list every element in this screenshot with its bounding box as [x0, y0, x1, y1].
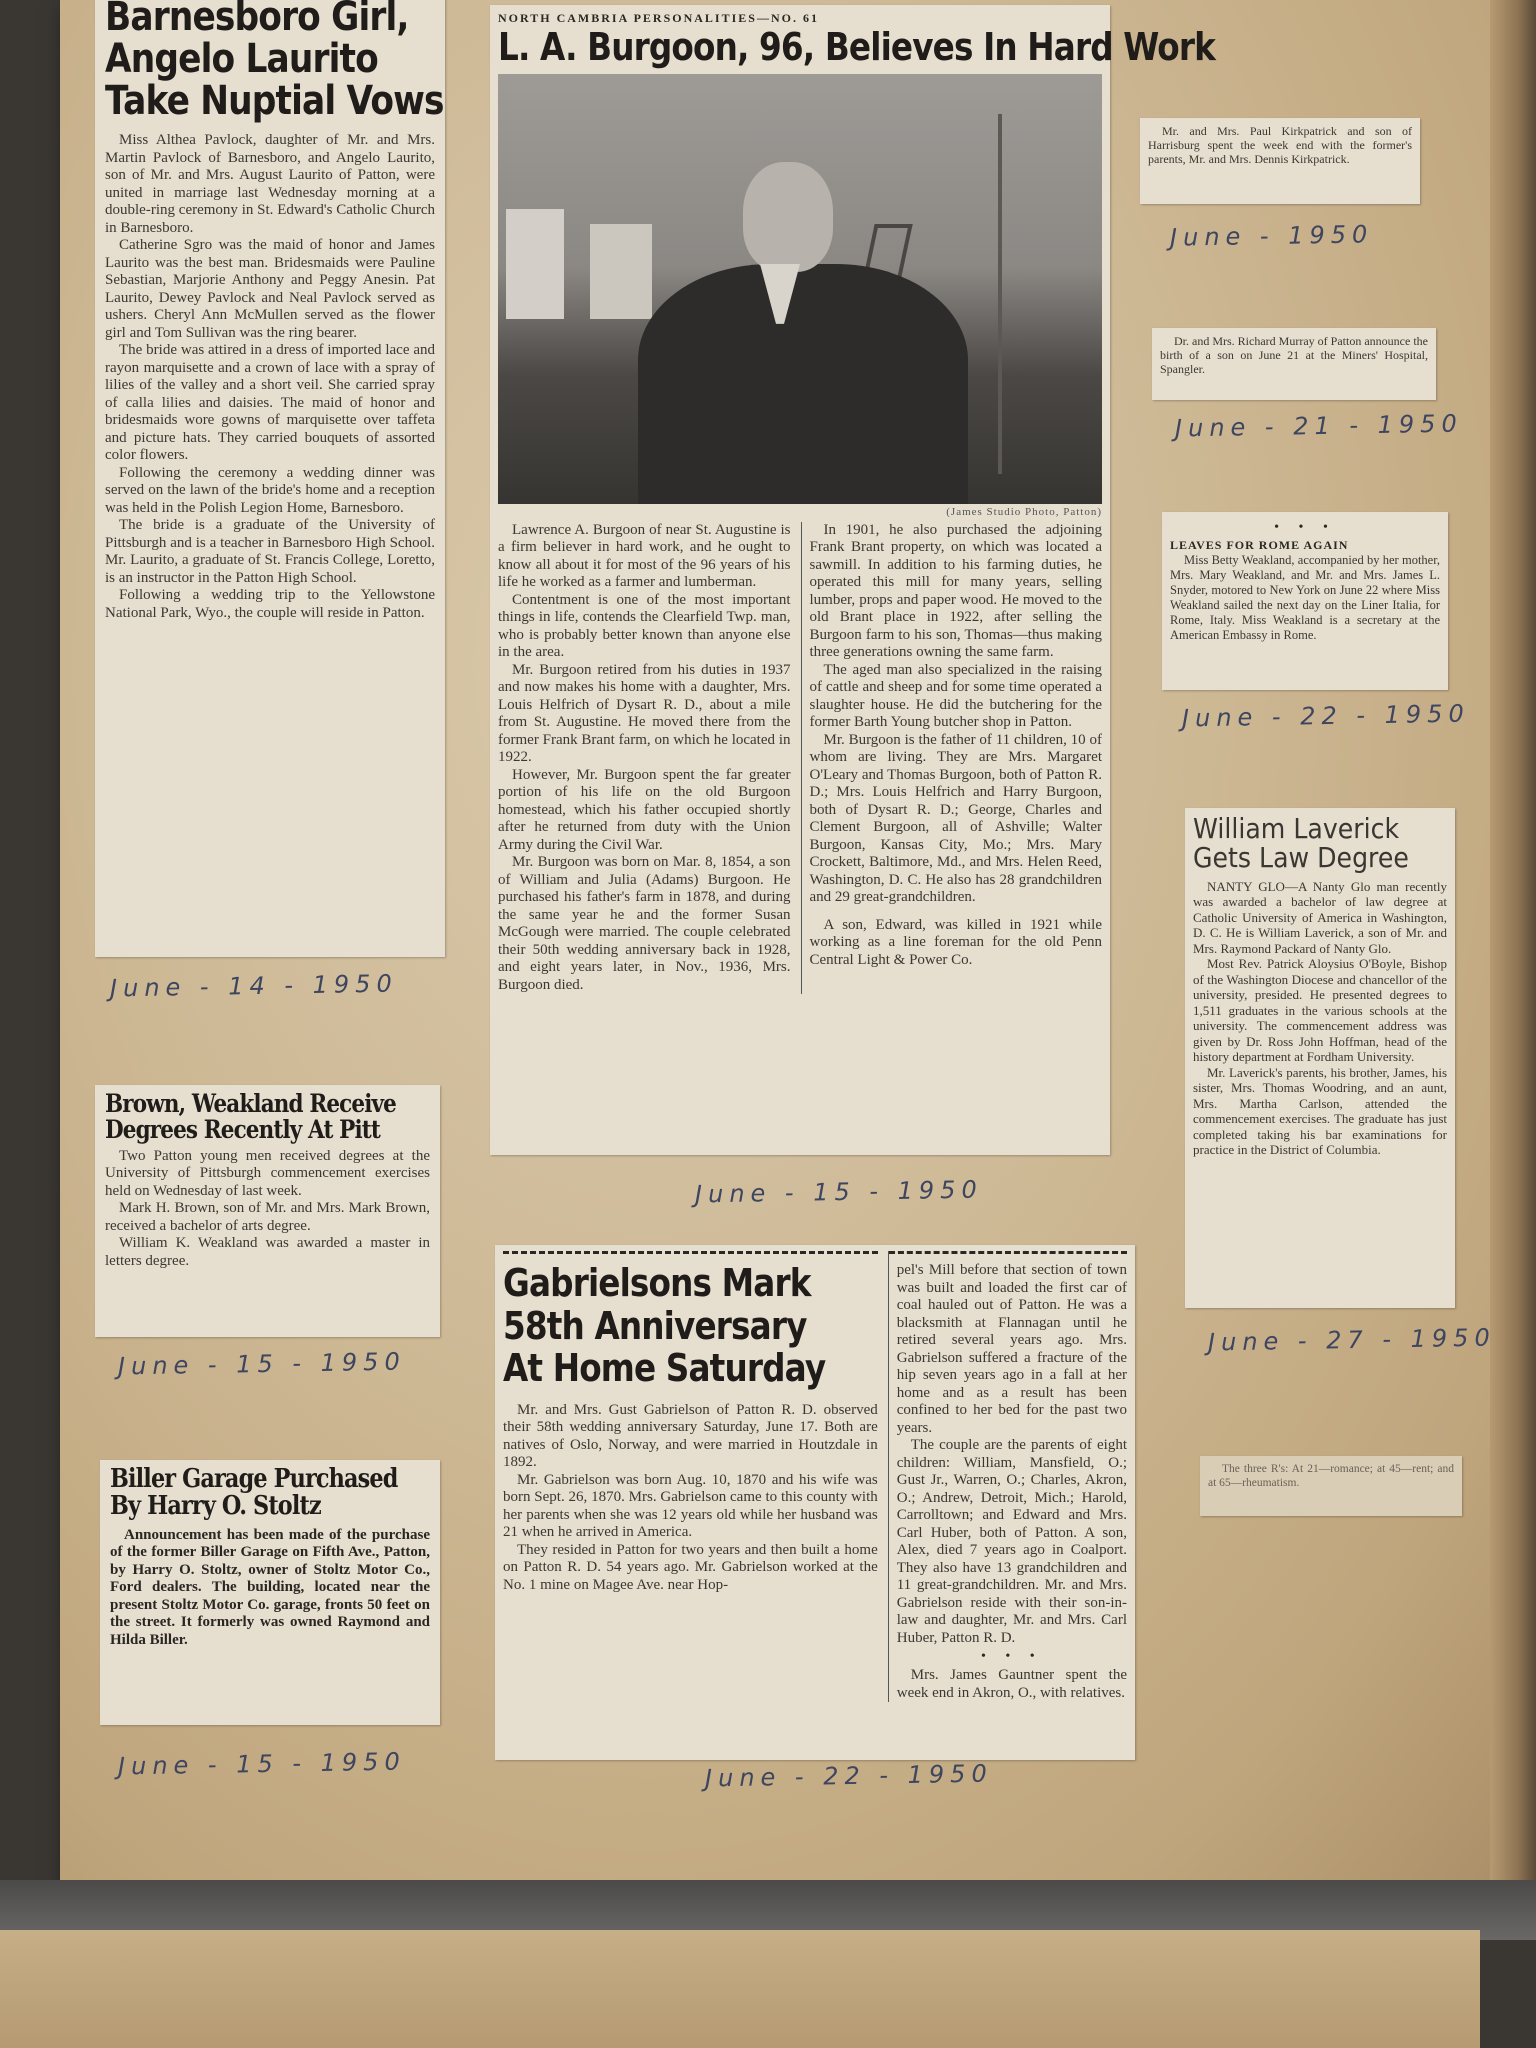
photo-frame [506, 209, 564, 319]
paragraph: In 1901, he also purchased the adjoining… [810, 522, 1103, 662]
figure-body [638, 264, 968, 504]
separator: • • • [1170, 520, 1440, 536]
handwritten-date: June - 15 - 1950 [695, 1175, 983, 1208]
paragraph: Miss Althea Pavlock, daughter of Mr. and… [105, 132, 435, 237]
separator: • • • [897, 1649, 1127, 1665]
paragraph: Mr. Burgoon was born on Mar. 8, 1854, a … [498, 854, 791, 994]
paragraph: Mr. and Mrs. Paul Kirkpatrick and son of… [1148, 124, 1412, 166]
paragraph: Following a wedding trip to the Yellowst… [105, 587, 435, 622]
clipping-brown-weakland: Brown, Weakland Receive Degrees Recently… [95, 1085, 440, 1337]
paragraph: NANTY GLO—A Nanty Glo man recently was a… [1193, 879, 1447, 957]
handwritten-date: June - 14 - 1950 [110, 969, 398, 1002]
paragraph: A son, Edward, was killed in 1921 while … [810, 917, 1103, 970]
next-page-edge [0, 1930, 1480, 2048]
headline: Biller Garage Purchased By Harry O. Stol… [110, 1466, 385, 1521]
paragraph: Mr. and Mrs. Gust Gabrielson of Patton R… [503, 1402, 878, 1472]
paragraph: Most Rev. Patrick Aloysius O'Boyle, Bish… [1193, 956, 1447, 1065]
paragraph: Mr. Gabrielson was born Aug. 10, 1870 an… [503, 1472, 878, 1542]
column-2: pel's Mill before that section of town w… [888, 1251, 1127, 1702]
clipping-biller-garage: Biller Garage Purchased By Harry O. Stol… [100, 1460, 440, 1725]
handwritten-date: June - 22 - 1950 [705, 1759, 993, 1792]
column-1: Gabrielsons Mark 58th Anniversary At Hom… [503, 1251, 878, 1702]
kicker: North Cambria Personalities—No. 61 [498, 11, 1102, 26]
paragraph: Lawrence A. Burgoon of near St. Augustin… [498, 522, 791, 592]
headline: Barnesboro Girl, Angelo Laurito Take Nup… [105, 0, 389, 122]
page-edge [1490, 0, 1536, 1880]
photo-frame [590, 224, 652, 319]
clipping-rome: • • • Leaves For Rome Again Miss Betty W… [1162, 512, 1448, 690]
clipping-gabrielson: Gabrielsons Mark 58th Anniversary At Hom… [495, 1245, 1135, 1760]
paragraph: William K. Weakland was awarded a master… [105, 1235, 430, 1270]
paragraph: The three R's: At 21—romance; at 45—rent… [1208, 1462, 1454, 1490]
clipping-three-rs: The three R's: At 21—romance; at 45—rent… [1200, 1456, 1462, 1516]
clipping-burgoon: North Cambria Personalities—No. 61 L. A.… [490, 5, 1110, 1155]
handwritten-date: June - 15 - 1950 [118, 1347, 406, 1380]
paragraph: Mrs. James Gauntner spent the week end i… [897, 1667, 1127, 1702]
photo-credit: (James Studio Photo, Patton) [498, 506, 1102, 518]
paragraph: Contentment is one of the most important… [498, 592, 791, 662]
clipping-kirkpatrick: Mr. and Mrs. Paul Kirkpatrick and son of… [1140, 118, 1420, 204]
headline: Gabrielsons Mark 58th Anniversary At Hom… [503, 1262, 825, 1390]
dashed-rule [503, 1251, 878, 1254]
paragraph: Mark H. Brown, son of Mr. and Mrs. Mark … [105, 1200, 430, 1235]
paragraph: Two Patton young men received degrees at… [105, 1148, 430, 1201]
handwritten-date: June - 1950 [1170, 220, 1374, 252]
paragraph: The couple are the parents of eight chil… [897, 1437, 1127, 1647]
paragraph: The bride is a graduate of the Universit… [105, 517, 435, 587]
paragraph: Mr. Laverick's parents, his brother, Jam… [1193, 1065, 1447, 1158]
paragraph: They resided in Patton for two years and… [503, 1542, 878, 1595]
portrait-photo [498, 74, 1102, 504]
headline: Leaves For Rome Again [1170, 538, 1440, 553]
handwritten-date: June - 22 - 1950 [1182, 699, 1470, 732]
headline: William Laverick Gets Law Degree [1193, 814, 1422, 873]
handwritten-date: June - 27 - 1950 [1208, 1323, 1496, 1356]
door-edge [998, 114, 1002, 474]
dashed-rule [889, 1251, 1127, 1254]
paragraph: Mr. Burgoon is the father of 11 children… [810, 732, 1103, 907]
paragraph: Miss Betty Weakland, accompanied by her … [1170, 553, 1440, 643]
paragraph: The bride was attired in a dress of impo… [105, 342, 435, 465]
paragraph: Mr. Burgoon retired from his duties in 1… [498, 662, 791, 767]
column-1: Lawrence A. Burgoon of near St. Augustin… [498, 522, 791, 995]
handwritten-date: June - 15 - 1950 [118, 1747, 406, 1780]
paragraph: Announcement has been made of the purcha… [110, 1527, 430, 1650]
paragraph: pel's Mill before that section of town w… [897, 1262, 1127, 1437]
paragraph: Dr. and Mrs. Richard Murray of Patton an… [1160, 334, 1428, 376]
figure-head [743, 162, 833, 272]
paragraph: Catherine Sgro was the maid of honor and… [105, 237, 435, 342]
handwritten-date: June - 21 - 1950 [1175, 409, 1463, 442]
clipping-laverick: William Laverick Gets Law Degree NANTY G… [1185, 808, 1455, 1308]
paragraph: The aged man also specialized in the rai… [810, 662, 1103, 732]
paragraph: However, Mr. Burgoon spent the far great… [498, 767, 791, 855]
paragraph: Following the ceremony a wedding dinner … [105, 465, 435, 518]
clipping-murray: Dr. and Mrs. Richard Murray of Patton an… [1152, 328, 1436, 400]
headline: Brown, Weakland Receive Degrees Recently… [105, 1091, 385, 1144]
column-2: In 1901, he also purchased the adjoining… [801, 522, 1103, 995]
clipping-wedding: Barnesboro Girl, Angelo Laurito Take Nup… [95, 0, 445, 957]
headline: L. A. Burgoon, 96, Believes In Hard Work [498, 28, 1017, 68]
